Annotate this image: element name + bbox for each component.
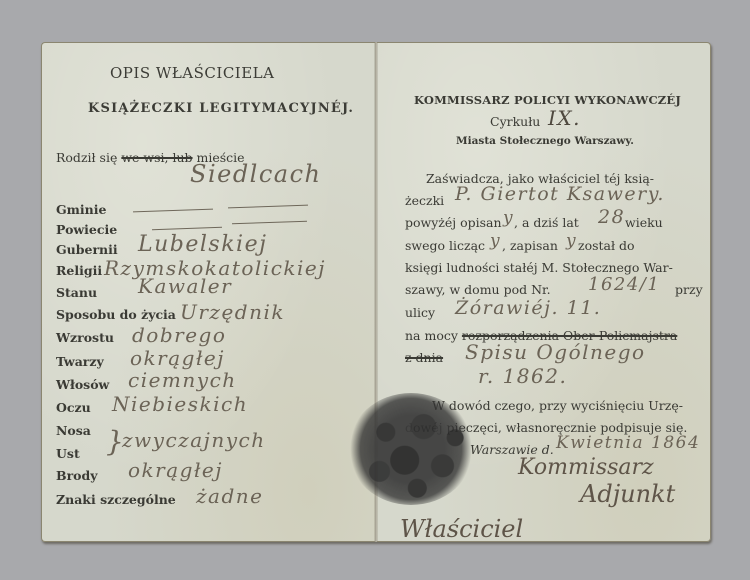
field-label-wlosow: Włosów [56,377,109,392]
commissioner-header: KOMMISSARZ POLICYI WYKONAWCZÉJ [414,93,681,107]
cert-line-5: księgi ludności stałéj M. Stołecznego Wa… [405,260,673,275]
field-value-wzrostu: dobrego [132,323,226,347]
field-label-gminie: Gminie [56,202,106,217]
field-label-religii: Religii [56,263,102,278]
field-label-wzrostu: Wzrostu [56,330,114,345]
official-seal-stamp [348,393,474,505]
cert-line-4-value2: y [566,231,577,251]
field-value-wlosow: ciemnych [128,368,237,392]
field-label-twarzy: Twarzy [56,354,104,369]
field-label-sposobu-do-zycia: Sposobu do życia [56,307,176,322]
field-label-nosa: Nosa [56,423,91,438]
field-label-stanu: Stanu [56,285,97,300]
district-label: Cyrkułu [490,114,540,129]
cert-line-4-value1: y [490,231,501,251]
cert-line-3-value1: y [503,208,514,228]
birthplace-label-struck: we wsi, lub [121,150,192,165]
authority-basis: Spisu Ogólnego [465,340,646,364]
field-value-nosa-ust: zwyczajnych [122,428,266,452]
cert-line-6-prefix: szawy, w domu pod Nr. [405,282,551,297]
cert-line-9-struck: z dnia [405,350,443,365]
owner-age: 28 [598,206,625,228]
issue-date: Kwietnia 1864 [556,433,700,453]
owner-name: P. Giertot Ksawery. [455,183,665,205]
cert-line-4-suffix: został do [578,238,635,253]
field-value-twarzy: okrągłej [130,346,225,370]
census-year: r. 1862. [478,364,567,388]
cert-line-7-prefix: ulicy [405,305,435,320]
left-page-subtitle: KSIĄŻECZKI LEGITYMACYJNÉJ. [88,101,354,116]
cert-line-11: W dowód czego, przy wyciśnięciu Urzę- [432,398,683,413]
house-number: 1624/1 [588,274,660,295]
field-value-znaki-szczegolne: żadne [196,484,263,508]
cert-line-4-mid: , zapisan [502,238,558,253]
owner-signature: Właściciel [400,515,523,543]
cert-line-3-mid: , a dziś lat [514,215,579,230]
cert-line-4-prefix: swego licząc [405,238,485,253]
field-value-gubernii: Lubelskiej [138,232,267,257]
birthplace-value: Siedlcach [190,160,322,188]
street-name: Żórawiéj. 11. [455,297,601,319]
cert-line-8-prefix: na mocy [405,328,462,343]
field-label-znaki-szczegolne: Znaki szczególne [56,492,176,507]
birthplace-label-prefix: Rodził się [56,150,121,165]
cert-line-2-prefix: żeczki [405,193,444,208]
left-page-title: OPIS WŁAŚCICIELA [110,64,274,82]
field-value-sposobu-do-zycia: Urzędnik [180,300,285,324]
cert-line-6-suffix: przy [675,282,703,297]
district-value: IX. [548,106,581,130]
adjunct-signature: Adjunkt [580,480,675,508]
field-label-oczu: Oczu [56,400,91,415]
field-label-gubernii: Gubernii [56,242,118,257]
field-value-stanu: Kawaler [138,274,232,298]
city-name: Miasta Stołecznego Warszawy. [456,135,634,147]
field-label-powiecie: Powiecie [56,222,117,237]
field-value-oczu: Niebieskich [112,392,248,416]
field-label-brody: Brody [56,468,98,483]
commissioner-signature: Kommissarz [518,455,654,480]
field-label-ust: Ust [56,446,80,461]
cert-line-3-suffix: wieku [625,215,663,230]
field-value-brody: okrągłej [128,458,223,482]
cert-line-3-prefix: powyżéj opisan [405,215,502,230]
